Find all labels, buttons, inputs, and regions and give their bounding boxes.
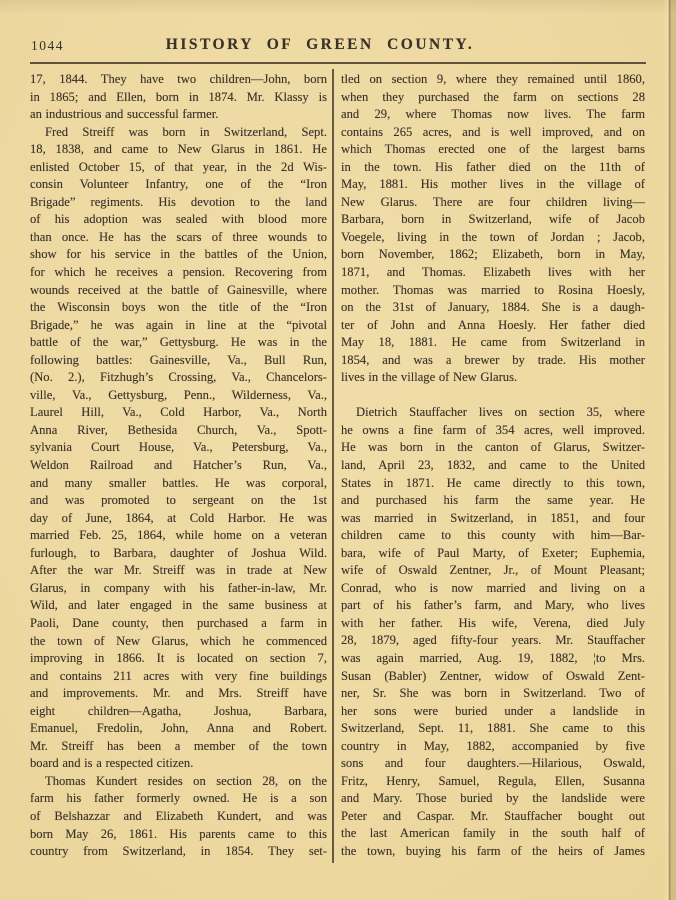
page-title: HISTORY OF GREEN COUNTY.: [0, 36, 640, 54]
text-line: Fritz, Henry, Samuel, Regula, Ellen, Sus…: [341, 773, 645, 791]
text-line: contains 265 acres, and is well improved…: [341, 124, 645, 142]
text-line: After the war Mr. Streiff was in trade a…: [30, 562, 327, 580]
left-column: 17, 1844. They have two children—John, b…: [30, 71, 327, 861]
text-line: farm his father formerly owned. He is a …: [30, 790, 327, 808]
text-line: Switzerland, Sept. 11, 1881. She came to…: [341, 720, 645, 738]
text-line: bara, wife of Paul Marty, of Exeter; Eup…: [341, 545, 645, 563]
text-line: improving in 1866. It is located on sect…: [30, 650, 327, 668]
paragraph: Thomas Kundert resides on section 28, on…: [30, 773, 327, 861]
text-line: Anna River, Bethesida Church, Va., Spott…: [30, 422, 327, 440]
text-line: tled on section 9, where they remained u…: [341, 71, 645, 89]
text-line: board and is a respected citizen.: [30, 755, 327, 773]
text-line: States in 1871. He came directly to this…: [341, 475, 645, 493]
text-line: Laurel Hill, Va., Cold Harbor, Va., Nort…: [30, 404, 327, 422]
text-line: of Belshazzar and Elizabeth Kundert, and…: [30, 808, 327, 826]
text-line: consin Volunteer Infantry, one of the “I…: [30, 176, 327, 194]
text-line: day of June, 1864, at Cold Harbor. He wa…: [30, 510, 327, 528]
text-line: country in May, 1882, accompanied by fiv…: [341, 738, 645, 756]
text-line: an industrious and successful farmer.: [30, 106, 327, 124]
text-line: Mr. Streiff has been a member of the tow…: [30, 738, 327, 756]
text-line: Fred Streiff was born in Switzerland, Se…: [30, 124, 327, 142]
paragraph: Dietrich Stauffacher lives on section 35…: [341, 404, 645, 860]
text-line: and Mary. Those buried by the landslide …: [341, 790, 645, 808]
text-line: born November, 1862; Elizabeth, born in …: [341, 246, 645, 264]
text-line: and was promoted to sergeant on the 1st: [30, 492, 327, 510]
text-line: lives in the village of New Glarus.: [341, 369, 645, 387]
text-line: He was born in the canton of Glarus, Swi…: [341, 439, 645, 457]
text-line: country from Switzerland, in 1854. They …: [30, 843, 327, 861]
paragraph: Fred Streiff was born in Switzerland, Se…: [30, 124, 327, 773]
text-line: the town of New Glarus, which he commenc…: [30, 633, 327, 651]
text-line: Peter and Caspar. Mr. Stauffacher bought…: [341, 808, 645, 826]
text-line: children came to this county with him—Ba…: [341, 527, 645, 545]
text-line: (No. 2.), Fitzhugh’s Crossing, Va., Chan…: [30, 369, 327, 387]
text-line: ville, Va., Gettysburg, Penn., Wildernes…: [30, 387, 327, 405]
text-line: married Feb. 25, 1864, while home on a v…: [30, 527, 327, 545]
text-line: enlisted October 15, of that year, in th…: [30, 159, 327, 177]
text-line: eight children—Agatha, Joshua, Barbara,: [30, 703, 327, 721]
text-line: was married in Switzerland, in 1851, and…: [341, 510, 645, 528]
text-line: in the town. His father died on the 11th…: [341, 159, 645, 177]
header-rule: [30, 62, 646, 64]
text-line: Glarus, in company with his father-in-la…: [30, 580, 327, 598]
text-line: Voegele, living in the town of Jordan ; …: [341, 229, 645, 247]
text-line: born May 26, 1861. His parents came to t…: [30, 826, 327, 844]
text-line: the Wisconsin boys won the title of the …: [30, 299, 327, 317]
text-line: sons and four daughters.—Hilarious, Oswa…: [341, 755, 645, 773]
text-line: for which he receives a pension. Recover…: [30, 264, 327, 282]
text-line: and purchased his farm the same year. He: [341, 492, 645, 510]
text-line: and many smaller battles. He was corpora…: [30, 475, 327, 493]
text-line: Barbara, born in Switzerland, wife of Ja…: [341, 211, 645, 229]
paragraph: 17, 1844. They have two children—John, b…: [30, 71, 327, 124]
text-line: Susan (Babler) Zentner, widow of Oswald …: [341, 668, 645, 686]
right-column: tled on section 9, where they remained u…: [341, 71, 645, 861]
text-line: Dietrich Stauffacher lives on section 35…: [341, 404, 645, 422]
text-line: of his adoption was sealed with blood mo…: [30, 211, 327, 229]
text-line: and 29, where Thomas now lives. The farm: [341, 106, 645, 124]
text-line: New Glarus. There are four children livi…: [341, 194, 645, 212]
text-line: mother. Thomas was married to Rosina Hoe…: [341, 282, 645, 300]
text-line: Brigade” regiments. His devotion to the …: [30, 194, 327, 212]
text-line: part of his father’s farm, and Mary, who…: [341, 597, 645, 615]
text-line: Conrad, who is now married and living on…: [341, 580, 645, 598]
text-line: 17, 1844. They have two children—John, b…: [30, 71, 327, 89]
text-line: in 1865; and Ellen, born in 1874. Mr. Kl…: [30, 89, 327, 107]
column-divider: [332, 69, 334, 863]
text-line: Emanuel, Fredolin, John, Anna and Robert…: [30, 720, 327, 738]
text-line: when they purchased the farm on sections…: [341, 89, 645, 107]
text-line: land, April 23, 1832, and came to the Un…: [341, 457, 645, 475]
text-line: wounds received at the battle of Gainesv…: [30, 282, 327, 300]
text-line: 1871, and Thomas. Elizabeth lives with h…: [341, 264, 645, 282]
text-line: wife of Oswald Zentner, Jr., of Mount Pl…: [341, 562, 645, 580]
text-line: than once. He has the scars of three wou…: [30, 229, 327, 247]
text-line: Paoli, Dane county, then purchased a far…: [30, 615, 327, 633]
text-line: he owns a fine farm of 354 acres, well i…: [341, 422, 645, 440]
text-line: Wild, and later engaged in the same busi…: [30, 597, 327, 615]
text-line: and improvements. Mr. and Mrs. Streiff h…: [30, 685, 327, 703]
text-line: the last American family in the south ha…: [341, 825, 645, 843]
paragraph: tled on section 9, where they remained u…: [341, 71, 645, 387]
text-line: with her father. His wife, Verena, died …: [341, 615, 645, 633]
text-line: battle of the war,” Gettysburg. He was i…: [30, 334, 327, 352]
text-line: furlough, to Barbara, daughter of Joshua…: [30, 545, 327, 563]
text-line: following battles: Gainesville, Va., Bul…: [30, 352, 327, 370]
text-line: ner, Sr. She was born in Switzerland. Tw…: [341, 685, 645, 703]
text-line: Weldon Railroad and Hatcher’s Run, Va.,: [30, 457, 327, 475]
text-line: May, 1881. His mother lives in the villa…: [341, 176, 645, 194]
text-line: the town, buying his farm of the heirs o…: [341, 843, 645, 861]
text-line: sylvania Court House, Va., Petersburg, V…: [30, 439, 327, 457]
text-line: was again married, Aug. 19, 1882, ¦to Mr…: [341, 650, 645, 668]
text-line: May 18, 1881. He came from Switzerland i…: [341, 334, 645, 352]
text-line: Brigade,” he was again in line at the “p…: [30, 317, 327, 335]
page-edge-shadow: [663, 0, 676, 900]
text-line: show for his service in the battles of t…: [30, 246, 327, 264]
text-line: Thomas Kundert resides on section 28, on…: [30, 773, 327, 791]
text-line: 28, 1879, aged fifty-four years. Mr. Sta…: [341, 632, 645, 650]
text-line: 1854, and was a brewer by trade. His mot…: [341, 352, 645, 370]
text-line: on the 31st of January, 1884. She is a d…: [341, 299, 645, 317]
text-line: ter of John and Anna Hoesly. Her father …: [341, 317, 645, 335]
text-line: which Thomas erected one of the largest …: [341, 141, 645, 159]
book-page: 1044 HISTORY OF GREEN COUNTY. 17, 1844. …: [0, 0, 676, 900]
text-line: 18, 1838, and came to New Glarus in 1861…: [30, 141, 327, 159]
text-line: her sons were buried under a landslide i…: [341, 703, 645, 721]
text-line: and contains 211 acres with very fine bu…: [30, 668, 327, 686]
